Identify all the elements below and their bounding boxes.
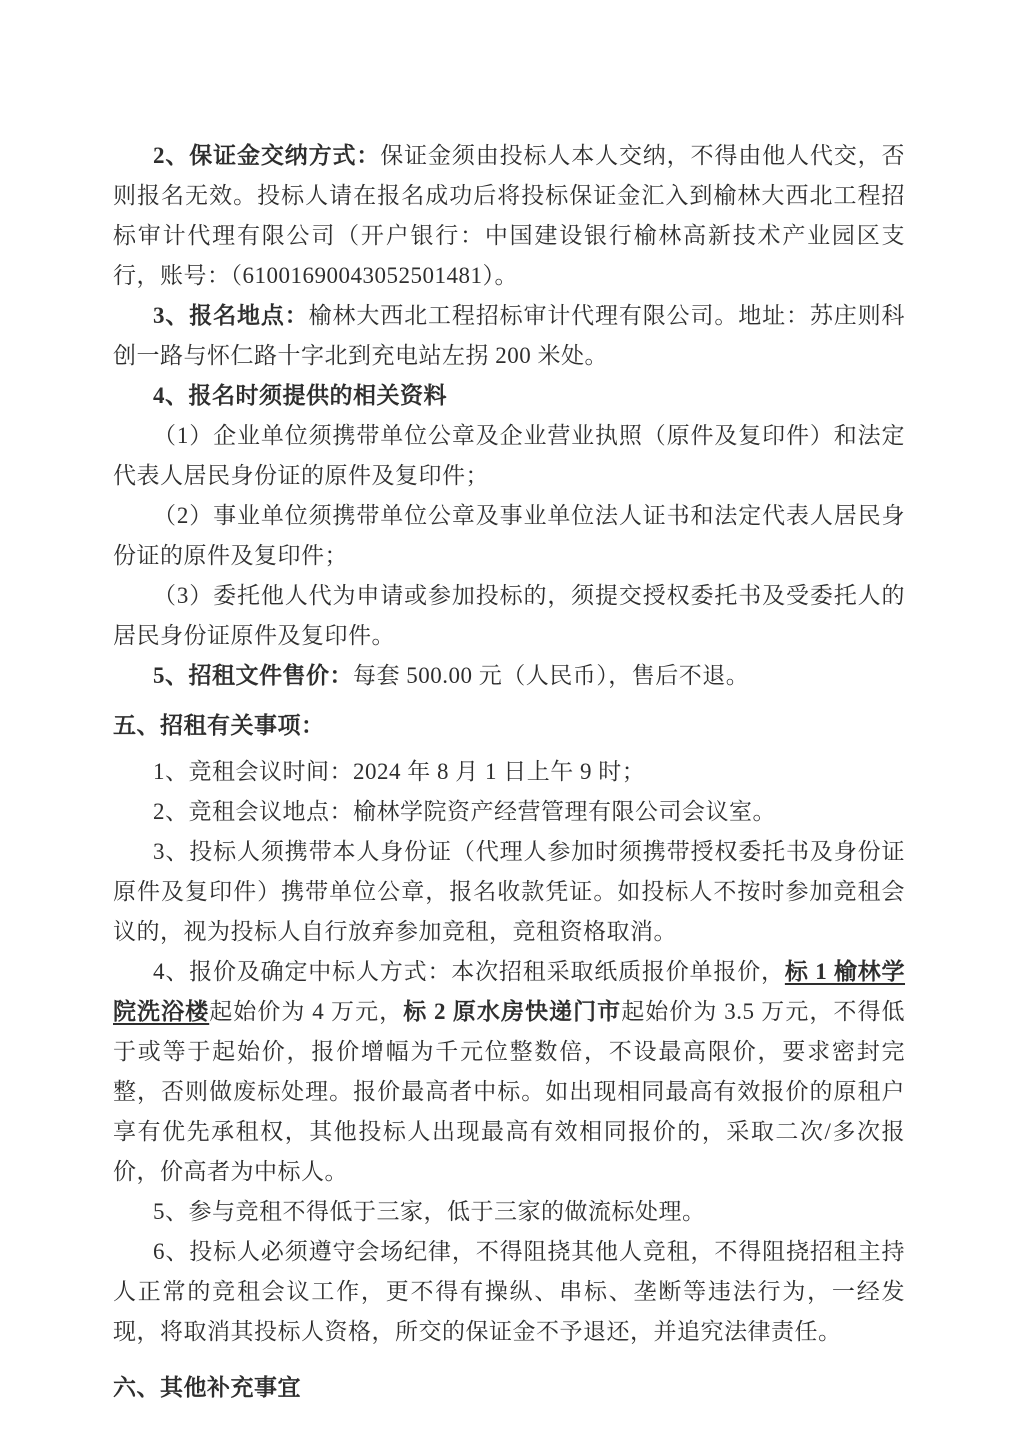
document-paragraph: 4、报名时须提供的相关资料: [113, 376, 905, 416]
text-segment: （3）委托他人代为申请或参加投标的，须提交授权委托书及受委托人的居民身份证原件及…: [113, 583, 905, 648]
document-paragraph: 3、报名地点：榆林大西北工程招标审计代理有限公司。地址：苏庄则科创一路与怀仁路十…: [113, 296, 905, 376]
text-segment: 4、报价及确定中标人方式：本次招租采取纸质报价单报价，: [153, 959, 785, 984]
text-segment: 每套 500.00 元（人民币），售后不退。: [353, 663, 749, 688]
document-paragraph: 2、竞租会议地点：榆林学院资产经营管理有限公司会议室。: [113, 792, 905, 832]
text-segment: 2、竞租会议地点：榆林学院资产经营管理有限公司会议室。: [153, 799, 776, 824]
text-segment: （1）企业单位须携带单位公章及企业营业执照（原件及复印件）和法定代表人居民身份证…: [113, 423, 905, 488]
section-heading: 五、招租有关事项：: [113, 706, 905, 746]
document-paragraph: 3、投标人须携带本人身份证（代理人参加时须携带授权委托书及身份证原件及复印件）携…: [113, 832, 905, 952]
text-segment: 6、投标人必须遵守会场纪律，不得阻挠其他人竞租，不得阻挠招租主持人正常的竞租会议…: [113, 1239, 905, 1344]
document-paragraph: 4、报价及确定中标人方式：本次招租采取纸质报价单报价，标 1 榆林学院洗浴楼起始…: [113, 952, 905, 1192]
document-page: 2、保证金交纳方式：保证金须由投标人本人交纳，不得由他人代交，否则报名无效。投标…: [113, 136, 905, 1408]
document-paragraph: （2）事业单位须携带单位公章及事业单位法人证书和法定代表人居民身份证的原件及复印…: [113, 496, 905, 576]
text-segment: 3、投标人须携带本人身份证（代理人参加时须携带授权委托书及身份证原件及复印件）携…: [113, 839, 905, 944]
document-paragraph: 5、招租文件售价：每套 500.00 元（人民币），售后不退。: [113, 656, 905, 696]
text-segment: 六、其他补充事宜: [113, 1375, 301, 1400]
text-segment: 5、参与竞租不得低于三家，低于三家的做流标处理。: [153, 1199, 706, 1224]
text-segment: 标 2 原水房快递门市: [403, 999, 621, 1024]
text-segment: （2）事业单位须携带单位公章及事业单位法人证书和法定代表人居民身份证的原件及复印…: [113, 503, 905, 568]
text-segment: 起始价为 4 万元，: [209, 999, 403, 1024]
document-paragraph: （1）企业单位须携带单位公章及企业营业执照（原件及复印件）和法定代表人居民身份证…: [113, 416, 905, 496]
text-segment: 2、保证金交纳方式：: [153, 143, 380, 168]
text-segment: 5、招租文件售价：: [153, 663, 353, 688]
document-paragraph: 2、保证金交纳方式：保证金须由投标人本人交纳，不得由他人代交，否则报名无效。投标…: [113, 136, 905, 296]
document-body: 2、保证金交纳方式：保证金须由投标人本人交纳，不得由他人代交，否则报名无效。投标…: [113, 136, 905, 1408]
text-segment: 起始价为 3.5 万元，不得低于或等于起始价，报价增幅为千元位整数倍，不设最高限…: [113, 999, 905, 1184]
text-segment: 3、报名地点：: [153, 303, 309, 328]
document-paragraph: 6、投标人必须遵守会场纪律，不得阻挠其他人竞租，不得阻挠招租主持人正常的竞租会议…: [113, 1232, 905, 1352]
text-segment: 1、竞租会议时间：2024 年 8 月 1 日上午 9 时；: [153, 759, 645, 784]
document-paragraph: 1、竞租会议时间：2024 年 8 月 1 日上午 9 时；: [113, 752, 905, 792]
document-paragraph: 5、参与竞租不得低于三家，低于三家的做流标处理。: [113, 1192, 905, 1232]
section-heading: 六、其他补充事宜: [113, 1368, 905, 1408]
text-segment: 五、招租有关事项：: [113, 713, 325, 738]
document-paragraph: （3）委托他人代为申请或参加投标的，须提交授权委托书及受委托人的居民身份证原件及…: [113, 576, 905, 656]
text-segment: 4、报名时须提供的相关资料: [153, 383, 447, 408]
